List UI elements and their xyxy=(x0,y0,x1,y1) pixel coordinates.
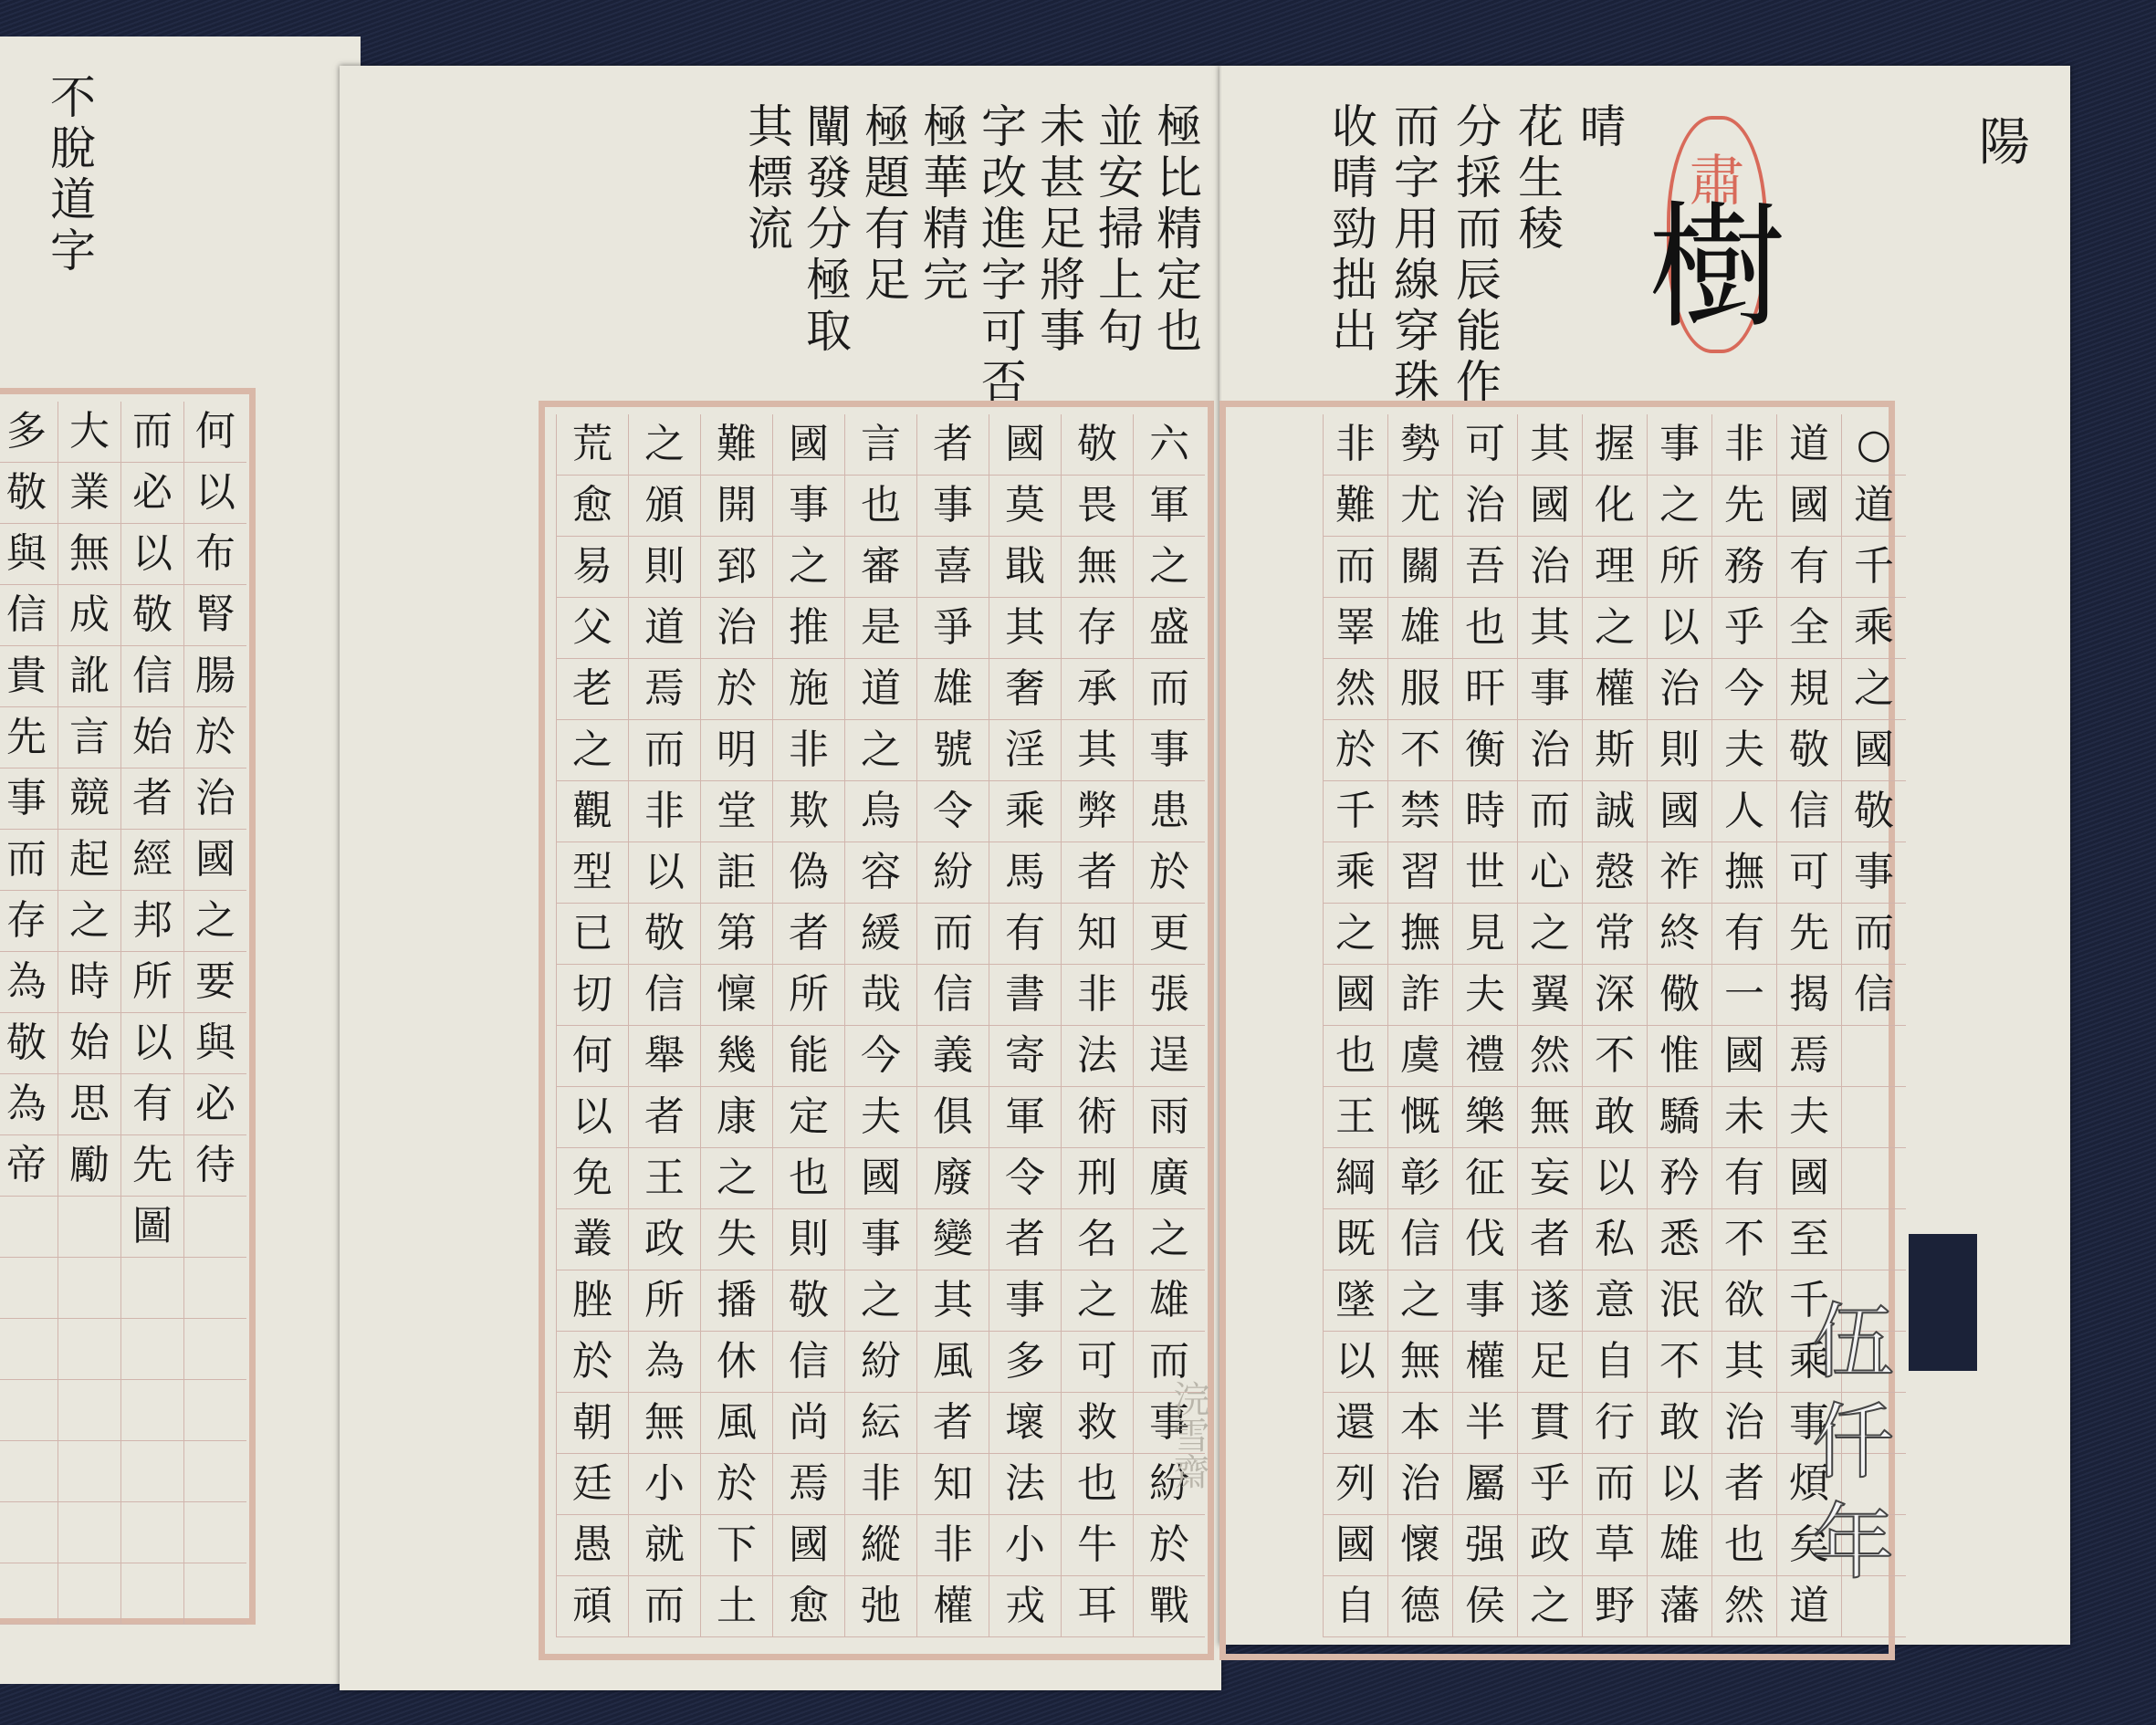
essay-char: 務 xyxy=(1712,537,1776,598)
essay-char: 揭 xyxy=(1777,965,1841,1026)
grader-comment: 晴 xyxy=(1566,102,1632,153)
essay-char: 國 xyxy=(1648,781,1711,842)
essay-char: 者 xyxy=(989,1209,1061,1270)
essay-char: 乘 xyxy=(989,781,1061,842)
essay-column: 其國治其事治而心之翼然無妄者遂足貫乎政之 xyxy=(1517,414,1582,1637)
essay-char xyxy=(121,1258,183,1319)
essay-char: 權 xyxy=(917,1576,989,1637)
essay-char: 愚 xyxy=(557,1515,628,1576)
essay-char: 爭 xyxy=(917,598,989,659)
essay-char: 焉 xyxy=(629,659,700,720)
essay-char: 勵 xyxy=(58,1135,120,1197)
faint-studio-stamp: 浣雪齋 xyxy=(1163,1380,1215,1490)
essay-char: 能 xyxy=(773,1026,844,1087)
essay-char: 權 xyxy=(1453,1332,1517,1393)
essay-char: 事 xyxy=(1518,659,1582,720)
essay-char: 藩 xyxy=(1648,1576,1711,1637)
essay-char: 雄 xyxy=(1134,1270,1205,1332)
grader-comment: 極比精定也 xyxy=(1143,102,1209,358)
essay-char: 之 xyxy=(1842,659,1906,720)
essay-char xyxy=(184,1563,246,1625)
essay-char: 者 xyxy=(917,414,989,476)
essay-char: 治 xyxy=(1453,476,1517,537)
essay-column: 者事喜爭雄號令紛而信義俱廢變其風者知非權 xyxy=(916,414,989,1637)
essay-char: 其 xyxy=(917,1270,989,1332)
essay-char: 撫 xyxy=(1712,842,1776,904)
grader-comment: 花生稜 xyxy=(1504,102,1570,256)
essay-char: 然 xyxy=(1712,1576,1776,1637)
essay-char: 意 xyxy=(1583,1270,1647,1332)
essay-char: 乘 xyxy=(1324,842,1387,904)
essay-char: 信 xyxy=(917,965,989,1026)
essay-char: 先 xyxy=(1777,904,1841,965)
essay-char: 偽 xyxy=(773,842,844,904)
essay-char: 頒 xyxy=(629,476,700,537)
essay-char: 者 xyxy=(629,1087,700,1148)
essay-char: 盛 xyxy=(1134,598,1205,659)
essay-char: 祚 xyxy=(1648,842,1711,904)
essay-column: 難開郅治於明堂詎第懍幾康之失播休風於下土 xyxy=(700,414,772,1637)
essay-char: 先 xyxy=(1712,476,1776,537)
essay-char: 可 xyxy=(1453,414,1517,476)
essay-char: 野 xyxy=(1583,1576,1647,1637)
essay-char: 審 xyxy=(845,537,916,598)
essay-char: 圖 xyxy=(121,1197,183,1258)
essay-char: 也 xyxy=(1453,598,1517,659)
essay-char: 下 xyxy=(701,1515,772,1576)
essay-char: 關 xyxy=(1388,537,1452,598)
essay-char: 戰 xyxy=(1134,1576,1205,1637)
essay-char: 愈 xyxy=(557,476,628,537)
essay-char: 道 xyxy=(1777,414,1841,476)
essay-column: 言也審是道之烏容緩哉今夫國事之紛紜非縱弛 xyxy=(844,414,916,1637)
essay-char: 禁 xyxy=(1388,781,1452,842)
essay-char: 先 xyxy=(0,707,58,768)
essay-char: 思 xyxy=(58,1074,120,1135)
essay-char: 敬 xyxy=(0,1013,58,1074)
essay-char: 俱 xyxy=(917,1087,989,1148)
essay-char: 伐 xyxy=(1453,1209,1517,1270)
essay-char: 今 xyxy=(845,1026,916,1087)
essay-char: 令 xyxy=(917,781,989,842)
essay-char: 者 xyxy=(121,768,183,830)
essay-char: 信 xyxy=(773,1332,844,1393)
essay-char: 者 xyxy=(1518,1209,1582,1270)
essay-char xyxy=(0,1502,58,1563)
essay-char: 書 xyxy=(989,965,1061,1026)
essay-char: 康 xyxy=(701,1087,772,1148)
middle-essay-grid: 六軍之盛而事患於更張逞雨廣之雄而事紛於戰敬畏無存承其弊者知非法術刑名之可救也牛耳… xyxy=(556,414,1205,1637)
essay-char: 為 xyxy=(0,952,58,1013)
essay-char: 是 xyxy=(845,598,916,659)
essay-char: 之 xyxy=(845,1270,916,1332)
essay-char: 推 xyxy=(773,598,844,659)
essay-char: 信 xyxy=(1842,965,1906,1026)
essay-char: 馬 xyxy=(989,842,1061,904)
essay-char: 愈 xyxy=(773,1576,844,1637)
essay-char: 尤 xyxy=(1388,476,1452,537)
essay-char xyxy=(121,1319,183,1380)
essay-char: 之 xyxy=(1388,1270,1452,1332)
essay-char: 言 xyxy=(58,707,120,768)
essay-char: 樂 xyxy=(1453,1087,1517,1148)
essay-char: 自 xyxy=(1583,1332,1647,1393)
grader-comment: 極題有足 xyxy=(851,102,916,307)
essay-char: 半 xyxy=(1453,1393,1517,1454)
essay-char: 哉 xyxy=(845,965,916,1026)
essay-char xyxy=(1842,1209,1906,1270)
essay-char: 雄 xyxy=(917,659,989,720)
essay-char: 悉 xyxy=(1648,1209,1711,1270)
essay-char: 知 xyxy=(1062,904,1133,965)
essay-char: 之 xyxy=(1583,598,1647,659)
essay-char: 法 xyxy=(1062,1026,1133,1087)
essay-column: 勢尤關雄服不禁習撫詐虞慨彰信之無本治懷德 xyxy=(1387,414,1452,1637)
essay-char: 之 xyxy=(1134,1209,1205,1270)
essay-char: 而 xyxy=(0,830,58,891)
essay-char: 事 xyxy=(1453,1270,1517,1332)
essay-char: 軍 xyxy=(989,1087,1061,1148)
essay-char: 明 xyxy=(701,720,772,781)
essay-char: 然 xyxy=(1324,659,1387,720)
essay-char: 見 xyxy=(1453,904,1517,965)
essay-char: 事 xyxy=(1134,720,1205,781)
essay-char: 妄 xyxy=(1518,1148,1582,1209)
essay-char: 彰 xyxy=(1388,1148,1452,1209)
essay-char: 非 xyxy=(1324,414,1387,476)
essay-char: 治 xyxy=(1518,537,1582,598)
essay-char: 旰 xyxy=(1453,659,1517,720)
essay-char xyxy=(0,1441,58,1502)
grader-comment: 未甚足將事 xyxy=(1026,102,1092,358)
essay-char: 事 xyxy=(0,768,58,830)
essay-char xyxy=(58,1319,120,1380)
essay-char: 之 xyxy=(845,720,916,781)
essay-char: 觀 xyxy=(557,781,628,842)
essay-char: 人 xyxy=(1712,781,1776,842)
essay-char: 至 xyxy=(1777,1209,1841,1270)
essay-char: 非 xyxy=(1062,965,1133,1026)
essay-char: 紛 xyxy=(845,1332,916,1393)
essay-char: 之 xyxy=(1324,904,1387,965)
essay-char: 非 xyxy=(845,1454,916,1515)
essay-char xyxy=(184,1380,246,1441)
essay-char: 弛 xyxy=(845,1576,916,1637)
essay-char: 而 xyxy=(1518,781,1582,842)
essay-char: 國 xyxy=(1324,1515,1387,1576)
essay-char: 衡 xyxy=(1453,720,1517,781)
essay-char: 之 xyxy=(1648,476,1711,537)
essay-char: 訛 xyxy=(58,646,120,707)
essay-char: 張 xyxy=(1134,965,1205,1026)
essay-char: 之 xyxy=(184,891,246,952)
essay-char: 信 xyxy=(1388,1209,1452,1270)
essay-char: 夫 xyxy=(845,1087,916,1148)
essay-char: 更 xyxy=(1134,904,1205,965)
essay-char: 理 xyxy=(1583,537,1647,598)
essay-char: 翼 xyxy=(1518,965,1582,1026)
essay-char: 權 xyxy=(1583,659,1647,720)
essay-char: 雄 xyxy=(1388,598,1452,659)
essay-column: 事之所以治則國祚終儆惟驕矜悉泯不敢以雄藩 xyxy=(1647,414,1711,1637)
essay-char: 有 xyxy=(1712,1148,1776,1209)
essay-char: 可 xyxy=(1062,1332,1133,1393)
essay-char: 已 xyxy=(557,904,628,965)
essay-char: 而 xyxy=(629,720,700,781)
grader-comment: 分採而辰能作 xyxy=(1442,102,1508,409)
essay-char: 休 xyxy=(701,1332,772,1393)
essay-char: 淫 xyxy=(989,720,1061,781)
essay-char: 其 xyxy=(1712,1332,1776,1393)
essay-char: 而 xyxy=(121,402,183,463)
essay-char: 腸 xyxy=(184,646,246,707)
essay-char xyxy=(121,1441,183,1502)
essay-char: 千 xyxy=(1842,537,1906,598)
essay-char: 治 xyxy=(701,598,772,659)
essay-char: 畏 xyxy=(1062,476,1133,537)
middle-page: 極比精定也並安掃上句未甚足將事字改進字可否極華精完極題有足闡發分極取其標流 六軍… xyxy=(340,66,1221,1690)
essay-char: 號 xyxy=(917,720,989,781)
essay-char: 壞 xyxy=(989,1393,1061,1454)
essay-char: 要 xyxy=(184,952,246,1013)
essay-char: 紜 xyxy=(845,1393,916,1454)
essay-char: 頑 xyxy=(557,1576,628,1637)
essay-char: 腎 xyxy=(184,585,246,646)
essay-char xyxy=(58,1563,120,1625)
essay-char: 無 xyxy=(629,1393,700,1454)
essay-char: 施 xyxy=(773,659,844,720)
essay-char: 免 xyxy=(557,1148,628,1209)
essay-char xyxy=(0,1563,58,1625)
essay-char: 容 xyxy=(845,842,916,904)
essay-char: 六 xyxy=(1134,414,1205,476)
essay-char: 本 xyxy=(1388,1393,1452,1454)
essay-char: 有 xyxy=(1777,537,1841,598)
essay-char: 耳 xyxy=(1062,1576,1133,1637)
essay-char: 縱 xyxy=(845,1515,916,1576)
essay-char: 刑 xyxy=(1062,1148,1133,1209)
essay-char: 播 xyxy=(701,1270,772,1332)
essay-char: 私 xyxy=(1583,1209,1647,1270)
essay-char: 存 xyxy=(0,891,58,952)
essay-char: 事 xyxy=(989,1270,1061,1332)
essay-char: 於 xyxy=(184,707,246,768)
essay-char: 行 xyxy=(1583,1393,1647,1454)
essay-char: 敬 xyxy=(629,904,700,965)
essay-char: 患 xyxy=(1134,781,1205,842)
essay-column: 可治吾也旰衡時世見夫禮樂征伐事權半屬强侯 xyxy=(1452,414,1517,1637)
essay-char: 常 xyxy=(1583,904,1647,965)
essay-char: 習 xyxy=(1388,842,1452,904)
essay-char: 治 xyxy=(1518,720,1582,781)
essay-char: 者 xyxy=(1062,842,1133,904)
essay-char: 型 xyxy=(557,842,628,904)
essay-char: 非 xyxy=(1712,414,1776,476)
essay-char: 事 xyxy=(1842,842,1906,904)
essay-char: 全 xyxy=(1777,598,1841,659)
essay-column: 荒愈易父老之觀型已切何以免叢脞於朝廷愚頑 xyxy=(556,414,628,1637)
essay-char: 不 xyxy=(1712,1209,1776,1270)
essay-char: 握 xyxy=(1583,414,1647,476)
essay-char: 治 xyxy=(1388,1454,1452,1515)
essay-char: 焉 xyxy=(1777,1026,1841,1087)
essay-char: 矜 xyxy=(1648,1148,1711,1209)
essay-char: 有 xyxy=(1712,904,1776,965)
essay-char: 國 xyxy=(1712,1026,1776,1087)
essay-char: 國 xyxy=(1324,965,1387,1026)
essay-char: 乎 xyxy=(1712,598,1776,659)
grade-mark: 樹 xyxy=(1648,157,1785,354)
essay-char: 承 xyxy=(1062,659,1133,720)
essay-char: 喜 xyxy=(917,537,989,598)
essay-char: 草 xyxy=(1583,1515,1647,1576)
watermark-text: 伍仟年 xyxy=(1785,1298,1904,1599)
essay-char xyxy=(1842,1026,1906,1087)
essay-char: 與 xyxy=(184,1013,246,1074)
essay-char: 敬 xyxy=(121,585,183,646)
essay-char: 於 xyxy=(701,659,772,720)
essay-char: 治 xyxy=(1712,1393,1776,1454)
essay-char: 而 xyxy=(1583,1454,1647,1515)
essay-char: 斯 xyxy=(1583,720,1647,781)
essay-char: 信 xyxy=(1777,781,1841,842)
essay-char: 救 xyxy=(1062,1393,1133,1454)
essay-char: 而 xyxy=(1842,904,1906,965)
essay-char: 未 xyxy=(1712,1087,1776,1148)
essay-char: 大 xyxy=(58,402,120,463)
essay-char: 必 xyxy=(121,463,183,524)
essay-char: 道 xyxy=(1842,476,1906,537)
essay-char xyxy=(0,1319,58,1380)
essay-char: 敬 xyxy=(1777,720,1841,781)
corner-label: 陽 xyxy=(1979,102,2030,175)
essay-char: 於 xyxy=(557,1332,628,1393)
essay-char: 國 xyxy=(1777,476,1841,537)
essay-char: 信 xyxy=(629,965,700,1026)
essay-char: 乎 xyxy=(1518,1454,1582,1515)
essay-char: 定 xyxy=(773,1087,844,1148)
essay-char: 德 xyxy=(1388,1576,1452,1637)
essay-char: 莫 xyxy=(989,476,1061,537)
essay-char: 變 xyxy=(917,1209,989,1270)
essay-char: 先 xyxy=(121,1135,183,1197)
essay-char: 者 xyxy=(773,904,844,965)
essay-char: 一 xyxy=(1712,965,1776,1026)
essay-char: 廷 xyxy=(557,1454,628,1515)
essay-char: 事 xyxy=(773,476,844,537)
essay-char: 荒 xyxy=(557,414,628,476)
essay-char xyxy=(184,1319,246,1380)
essay-char: 無 xyxy=(1518,1087,1582,1148)
essay-char: 惟 xyxy=(1648,1026,1711,1087)
essay-char: 睪 xyxy=(1324,598,1387,659)
essay-char: 名 xyxy=(1062,1209,1133,1270)
essay-char: 始 xyxy=(58,1013,120,1074)
essay-char: 郅 xyxy=(701,537,772,598)
essay-char: 之 xyxy=(701,1148,772,1209)
essay-char: 就 xyxy=(629,1515,700,1576)
essay-char: 者 xyxy=(917,1393,989,1454)
essay-char: 無 xyxy=(1388,1332,1452,1393)
essay-char: 軍 xyxy=(1134,476,1205,537)
essay-char: 吾 xyxy=(1453,537,1517,598)
essay-char: 王 xyxy=(1324,1087,1387,1148)
essay-char: 第 xyxy=(701,904,772,965)
essay-char: 信 xyxy=(121,646,183,707)
essay-char: 敬 xyxy=(1842,781,1906,842)
essay-char: 切 xyxy=(557,965,628,1026)
essay-column: 非難而睪然於千乘之國也王綱既墜以還列國自 xyxy=(1323,414,1387,1637)
essay-char: 以 xyxy=(629,842,700,904)
essay-char: 非 xyxy=(629,781,700,842)
essay-char: 也 xyxy=(845,476,916,537)
essay-char: 起 xyxy=(58,830,120,891)
essay-char: 終 xyxy=(1648,904,1711,965)
essay-char: 而 xyxy=(917,904,989,965)
essay-char: 叢 xyxy=(557,1209,628,1270)
essay-char: 國 xyxy=(845,1148,916,1209)
essay-char: 乘 xyxy=(1842,598,1906,659)
essay-char: 難 xyxy=(701,414,772,476)
essay-char: 於 xyxy=(1134,842,1205,904)
grader-comment: 並安掃上句 xyxy=(1084,102,1150,358)
essay-char: 雨 xyxy=(1134,1087,1205,1148)
essay-char: 之 xyxy=(629,414,700,476)
essay-column: 握化理之權斯誠慤常深不敢以私意自行而草野 xyxy=(1582,414,1647,1637)
essay-char: 焉 xyxy=(773,1454,844,1515)
grader-comment: 收晴勁拙出 xyxy=(1318,102,1384,358)
essay-char: 廣 xyxy=(1134,1148,1205,1209)
essay-char: 則 xyxy=(629,537,700,598)
essay-char: 以 xyxy=(1648,598,1711,659)
essay-char: 小 xyxy=(629,1454,700,1515)
essay-char: 雄 xyxy=(1648,1515,1711,1576)
essay-char: 法 xyxy=(989,1454,1061,1515)
grader-comment: 其標流 xyxy=(734,102,800,256)
essay-char: 撫 xyxy=(1388,904,1452,965)
essay-char: 老 xyxy=(557,659,628,720)
essay-char xyxy=(58,1197,120,1258)
essay-column: 非先務乎今夫人撫有一國未有不欲其治者也然 xyxy=(1711,414,1776,1637)
essay-char: 可 xyxy=(1777,842,1841,904)
essay-char: 非 xyxy=(773,720,844,781)
essay-char: 以 xyxy=(1583,1148,1647,1209)
essay-char: 化 xyxy=(1583,476,1647,537)
essay-char: 舉 xyxy=(629,1026,700,1087)
essay-char: 以 xyxy=(1324,1332,1387,1393)
essay-char: 之 xyxy=(773,537,844,598)
essay-char: 以 xyxy=(557,1087,628,1148)
essay-char xyxy=(58,1441,120,1502)
essay-char: 多 xyxy=(989,1332,1061,1393)
essay-char: 詐 xyxy=(1388,965,1452,1026)
essay-column: 國莫戢其奢淫乘馬有書寄軍令者事多壞法小戎 xyxy=(989,414,1061,1637)
essay-char: 烏 xyxy=(845,781,916,842)
essay-char: 令 xyxy=(989,1148,1061,1209)
essay-char: 不 xyxy=(1388,720,1452,781)
essay-char: 不 xyxy=(1648,1332,1711,1393)
essay-char: 規 xyxy=(1777,659,1841,720)
essay-char: 之 xyxy=(557,720,628,781)
essay-char: 貫 xyxy=(1518,1393,1582,1454)
essay-column: 敬畏無存承其弊者知非法術刑名之可救也牛耳 xyxy=(1061,414,1133,1637)
essay-char: 緩 xyxy=(845,904,916,965)
essay-char: 戢 xyxy=(989,537,1061,598)
essay-char: 國 xyxy=(773,1515,844,1576)
essay-char: 事 xyxy=(917,476,989,537)
essay-char: 幾 xyxy=(701,1026,772,1087)
grader-comment: 字改進字可否 xyxy=(968,102,1033,409)
